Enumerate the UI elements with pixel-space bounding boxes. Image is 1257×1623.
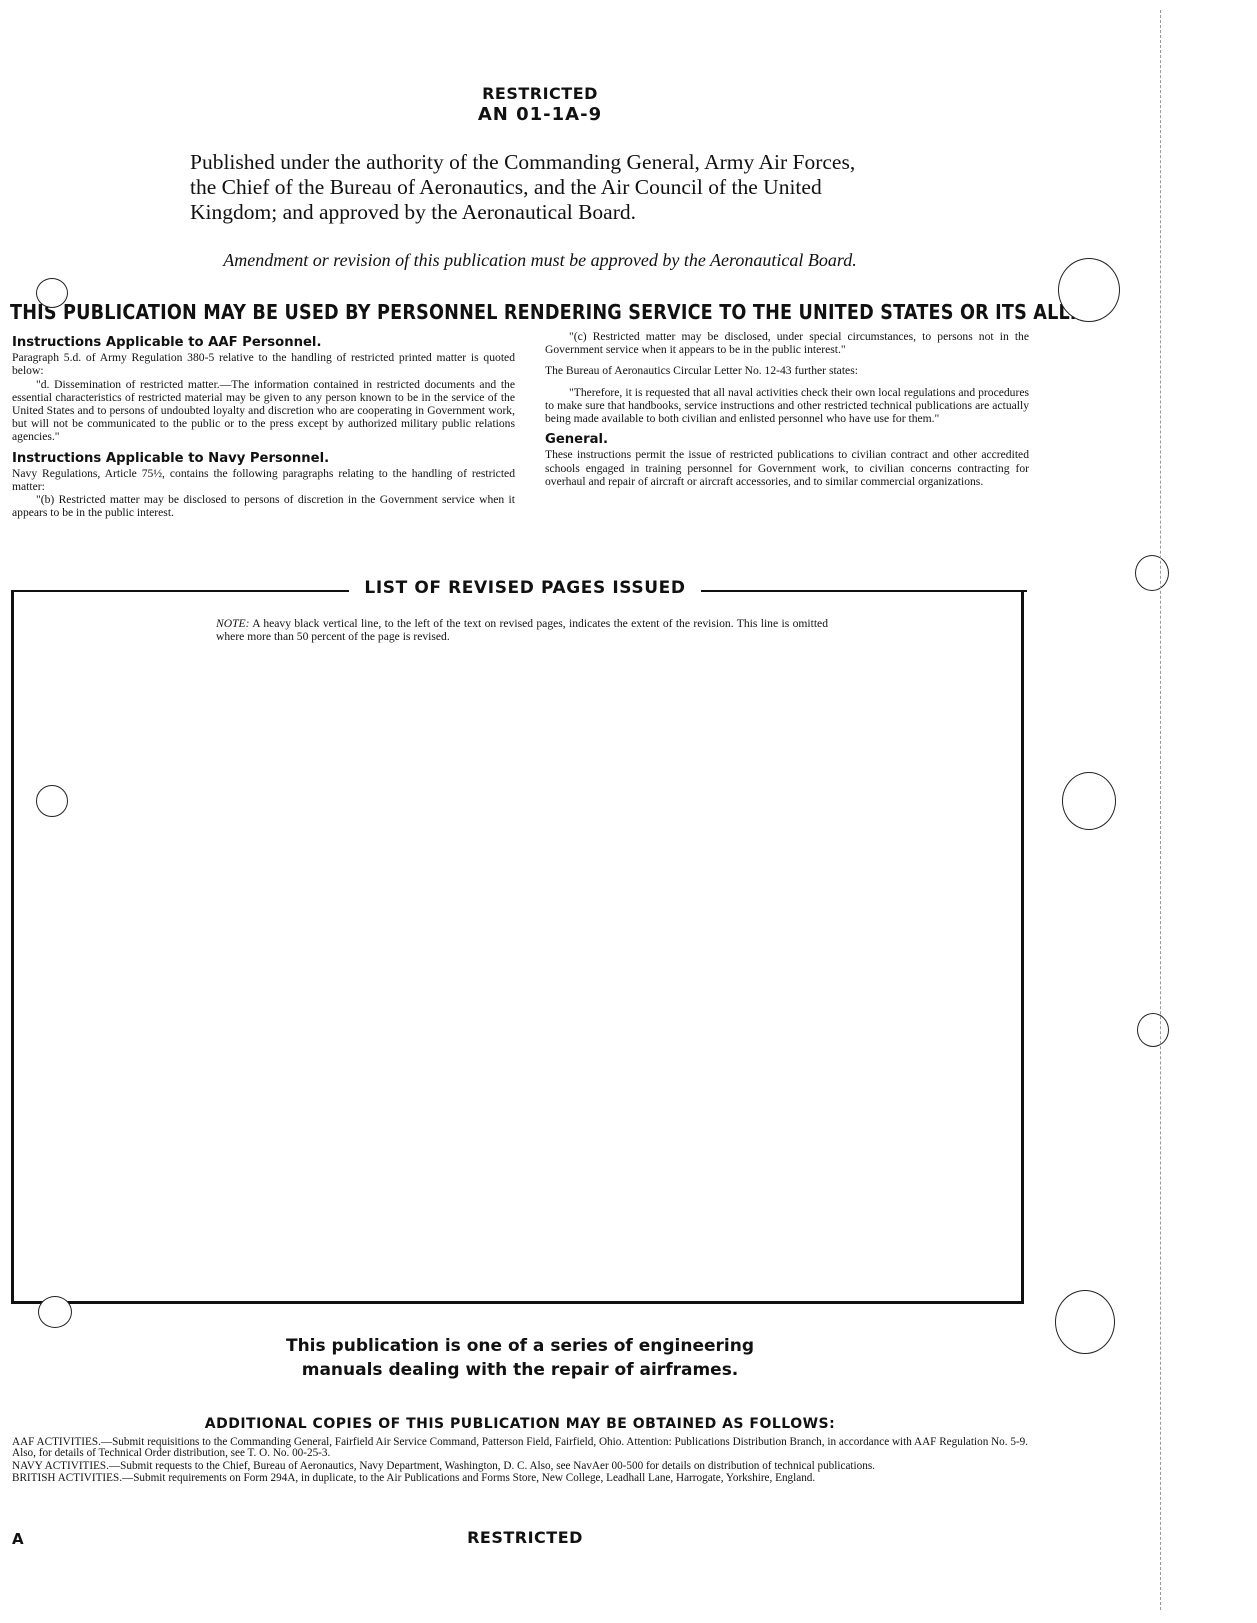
note-text: A heavy black vertical line, to the left… xyxy=(216,617,828,643)
circular-intro: The Bureau of Aeronautics Circular Lette… xyxy=(545,364,1029,377)
series-line-1: This publication is one of a series of e… xyxy=(0,1334,1040,1358)
series-statement: This publication is one of a series of e… xyxy=(0,1334,1040,1382)
classification-header: RESTRICTED xyxy=(0,84,1080,103)
punch-hole-icon xyxy=(1062,772,1116,830)
additional-copies-heading: ADDITIONAL COPIES OF THIS PUBLICATION MA… xyxy=(0,1416,1040,1432)
aaf-instructions-heading: Instructions Applicable to AAF Personnel… xyxy=(12,336,515,349)
revised-pages-box xyxy=(11,591,1024,1304)
punch-hole-icon xyxy=(36,785,68,817)
additional-copies-list: AAF ACTIVITIES.—Submit requisitions to t… xyxy=(12,1437,1032,1486)
navy-intro: Navy Regulations, Article 75½, contains … xyxy=(12,467,515,493)
circular-quote: "Therefore, it is requested that all nav… xyxy=(545,386,1029,426)
series-line-2: manuals dealing with the repair of airfr… xyxy=(0,1358,1040,1382)
amendment-statement: Amendment or revision of this publicatio… xyxy=(0,250,1080,271)
aaf-quote: "d. Dissemination of restricted matter.—… xyxy=(12,378,515,444)
british-activities: BRITISH ACTIVITIES.—Submit requirements … xyxy=(12,1473,1032,1484)
aaf-intro: Paragraph 5.d. of Army Regulation 380-5 … xyxy=(12,351,515,377)
page-edge-divider xyxy=(1160,10,1161,1610)
punch-hole-icon xyxy=(1055,1290,1115,1354)
general-heading: General. xyxy=(545,433,1029,446)
general-text: These instructions permit the issue of r… xyxy=(545,448,1029,488)
navy-instructions-heading: Instructions Applicable to Navy Personne… xyxy=(12,452,515,465)
punch-hole-icon xyxy=(1135,555,1169,591)
note-label: NOTE: xyxy=(216,617,250,630)
revision-note: NOTE: A heavy black vertical line, to th… xyxy=(216,618,828,643)
navy-quote-b: "(b) Restricted matter may be disclosed … xyxy=(12,493,515,519)
navy-activities: NAVY ACTIVITIES.—Submit requests to the … xyxy=(12,1461,1032,1472)
aaf-activities: AAF ACTIVITIES.—Submit requisitions to t… xyxy=(12,1437,1032,1460)
authority-statement: Published under the authority of the Com… xyxy=(190,150,880,225)
right-column: "(c) Restricted matter may be disclosed,… xyxy=(545,330,1029,488)
punch-hole-icon xyxy=(1058,258,1120,322)
document-number: AN 01-1A-9 xyxy=(0,104,1080,125)
left-column: Instructions Applicable to AAF Personnel… xyxy=(12,336,515,520)
navy-quote-c: "(c) Restricted matter may be disclosed,… xyxy=(545,330,1029,356)
usage-banner: THIS PUBLICATION MAY BE USED BY PERSONNE… xyxy=(10,300,922,324)
punch-hole-icon xyxy=(38,1296,72,1328)
classification-footer: RESTRICTED xyxy=(0,1528,1050,1547)
punch-hole-icon xyxy=(36,278,68,308)
punch-hole-icon xyxy=(1137,1013,1169,1047)
